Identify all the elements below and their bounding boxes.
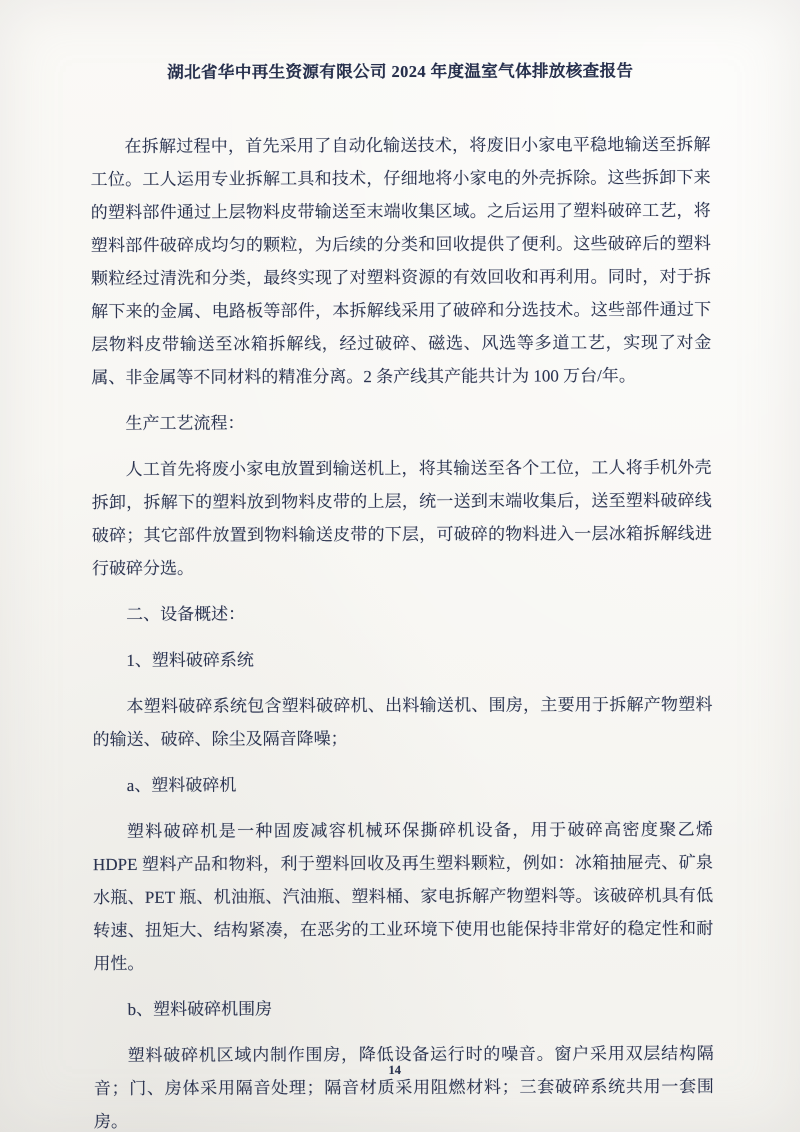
- paragraph-crushing-system-description: 本塑料破碎系统包含塑料破碎机、出料输送机、围房，主要用于拆解产物塑料的输送、破碎…: [92, 688, 712, 756]
- heading-crusher-enclosure: b、塑料破碎机围房: [93, 991, 713, 1026]
- heading-equipment-overview: 二、设备概述：: [92, 596, 712, 631]
- document-title: 湖北省华中再生资源有限公司 2024 年度温室气体排放核查报告: [90, 57, 710, 83]
- paragraph-crusher-enclosure-description: 塑料破碎机区域内制作围房，降低设备运行时的噪音。窗户采用双层结构隔音；门、房体采…: [94, 1037, 714, 1132]
- heading-plastic-crushing-system: 1、塑料破碎系统: [92, 642, 712, 677]
- document-body: 在拆解过程中，首先采用了自动化输送技术，将废旧小家电平稳地输送至拆解工位。工人运…: [90, 128, 714, 1132]
- document-page: 湖北省华中再生资源有限公司 2024 年度温室气体排放核查报告 在拆解过程中，首…: [0, 0, 800, 1132]
- paragraph-dismantling-process: 在拆解过程中，首先采用了自动化输送技术，将废旧小家电平稳地输送至拆解工位。工人运…: [90, 128, 711, 394]
- heading-plastic-crusher: a、塑料破碎机: [93, 767, 713, 802]
- page-number: 14: [2, 1062, 788, 1080]
- paragraph-plastic-crusher-description: 塑料破碎机是一种固废减容机械环保撕碎机设备，用于破碎高密度聚乙烯 HDPE 塑料…: [93, 813, 714, 980]
- scanned-sheet: 湖北省华中再生资源有限公司 2024 年度温室气体排放核查报告 在拆解过程中，首…: [0, 0, 800, 1132]
- paragraph-production-process: 人工首先将废小家电放置到输送机上，将其输送至各个工位，工人将手机外壳拆卸，拆解下…: [92, 451, 712, 585]
- heading-production-process: 生产工艺流程：: [91, 405, 711, 440]
